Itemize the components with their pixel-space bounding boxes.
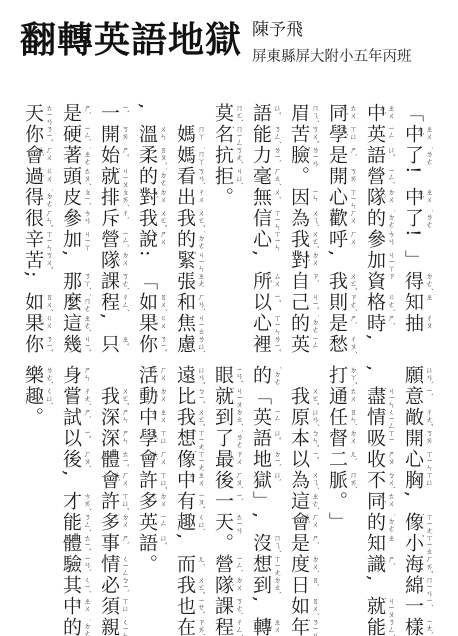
char-cell-with-zhuyin: 會ㄏㄨㄟˋ xyxy=(136,449,174,470)
char-cell-with-zhuyin: 督ㄉㄨ xyxy=(326,428,364,449)
zhuyin-annotation: ㄉㄨㄟˋ xyxy=(120,251,130,272)
char-cell-with-zhuyin: 心ㄒㄧㄣ xyxy=(250,229,288,250)
char-cell-with-zhuyin: 情ㄑㄧㄥˊ xyxy=(98,554,136,575)
char-cell-with-zhuyin: 硬ㄧㄥˋ xyxy=(60,124,98,145)
zhuyin-annotation: ㄉㄨㄛ xyxy=(158,492,168,513)
zhuyin-annotation: ㄔˋ xyxy=(120,209,130,230)
char-cell-with-zhuyin: 盡ㄐㄧㄣˋ xyxy=(364,386,402,407)
char-cell-with-zhuyin: 比ㄅㄧˇ xyxy=(174,386,212,407)
zhuyin-annotation: ㄏㄨㄛˊ xyxy=(158,366,168,387)
char-cell-with-zhuyin: 中ㄓㄨㄥˋ xyxy=(364,103,402,124)
zhuyin-annotation: ㄓˇ xyxy=(120,335,130,356)
char-cell-with-zhuyin: 時ㄕˊ xyxy=(364,313,402,334)
char-cell-with-zhuyin: 我ㄨㄛˇ xyxy=(136,208,174,229)
zhuyin-annotation: ㄐㄩˋ xyxy=(234,167,244,188)
char-cell: , xyxy=(364,575,402,596)
zhuyin-annotation: ˙ㄌㄜ xyxy=(424,209,434,230)
char-cell-with-zhuyin: 就ㄐㄧㄡˋ xyxy=(364,596,402,617)
zhuyin-annotation: ㄓㄨㄥˋ xyxy=(424,188,434,209)
zhuyin-annotation: ㄧㄢˋ xyxy=(82,555,92,576)
zhuyin-annotation: ㄧㄝˇ xyxy=(196,597,206,618)
char-cell xyxy=(174,103,212,124)
zhuyin-annotation: ㄑㄧㄥˊ xyxy=(386,408,396,429)
char-cell-with-zhuyin: 參ㄘㄢ xyxy=(364,229,402,250)
char-cell-with-zhuyin: 媽˙ㄇㄚ xyxy=(174,145,212,166)
char-cell-with-zhuyin: 加ㄐㄧㄚ xyxy=(60,229,98,250)
char-cell-with-zhuyin: 不ㄅㄨˋ xyxy=(364,470,402,491)
char-cell-with-zhuyin: 語ㄩˇ xyxy=(250,428,288,449)
zhuyin-annotation: ㄕㄣ xyxy=(120,429,130,450)
char-cell: , xyxy=(250,250,288,271)
char-cell-with-zhuyin: 的˙ㄉㄜ xyxy=(60,617,98,636)
char-cell xyxy=(288,365,326,386)
char-cell-with-zhuyin: 始ㄕˇ xyxy=(98,145,136,166)
zhuyin-annotation: ㄔㄡˊ xyxy=(348,335,358,356)
zhuyin-annotation: ㄉㄧˋ xyxy=(272,450,282,471)
char-cell-with-zhuyin: 通ㄊㄨㄥ xyxy=(326,386,364,407)
zhuyin-annotation: ㄓㄨㄥ xyxy=(196,471,206,492)
zhuyin-annotation: ㄋㄥˊ xyxy=(272,125,282,146)
zhuyin-annotation: ㄎㄞ xyxy=(348,167,358,188)
char-cell-with-zhuyin: 天ㄊㄧㄢ xyxy=(22,103,60,124)
zhuyin-annotation: ㄔㄨ xyxy=(196,188,206,209)
zhuyin-annotation: ㄍㄨㄛˇ xyxy=(158,314,168,335)
char-cell: 。 xyxy=(212,187,250,208)
zhuyin-annotation: ㄇㄟˊ xyxy=(310,104,320,125)
zhuyin-annotation: ˙ㄉㄜ xyxy=(158,167,168,188)
text-column: 樂ㄌㄜˋ趣ㄑㄩˋ。 xyxy=(22,365,60,636)
text-column: 語ㄩˇ能ㄋㄥˊ力ㄌㄧˋ毫ㄏㄠˊ無ㄨˊ信ㄒㄧㄣˋ心ㄒㄧㄣ,所ㄙㄨㄛˇ以ㄧˇ心ㄒㄧㄣ… xyxy=(250,103,288,356)
zhuyin-annotation: ㄩㄢˋ xyxy=(424,366,434,387)
zhuyin-annotation: ㄎㄞ xyxy=(120,125,130,146)
char-cell-with-zhuyin: 果ㄍㄨㄛˇ xyxy=(136,313,174,334)
zhuyin-annotation: ㄓㄨㄥ xyxy=(158,408,168,429)
char-cell-with-zhuyin: 營ㄧㄥˊ xyxy=(98,229,136,250)
char-cell-with-zhuyin: 學ㄒㄩㄝˊ xyxy=(136,428,174,449)
char-cell-with-zhuyin: 樣ㄧㄤˋ xyxy=(402,617,440,636)
char-cell-with-zhuyin: 事ㄕˋ xyxy=(98,533,136,554)
zhuyin-annotation: ㄊㄧˇ xyxy=(82,534,92,555)
zhuyin-annotation: ㄩˇ xyxy=(386,146,396,167)
zhuyin-annotation: ㄇㄧㄢˊ xyxy=(424,576,434,597)
zhuyin-annotation: ㄍㄨㄛˇ xyxy=(44,314,54,335)
char-cell-with-zhuyin: 體ㄊㄧˇ xyxy=(98,449,136,470)
zhuyin-annotation: ㄕˇ xyxy=(120,146,130,167)
char-cell-with-zhuyin: 隊ㄉㄨㄟˋ xyxy=(212,575,250,596)
char-cell-with-zhuyin: 英ㄧㄥ xyxy=(250,407,288,428)
zhuyin-annotation: ㄋㄧˇ xyxy=(44,125,54,146)
zhuyin-annotation: ㄋㄚˋ xyxy=(82,272,92,293)
char-cell-with-zhuyin: 中ㄓㄨㄥ xyxy=(136,407,174,428)
char-cell: 「 xyxy=(136,271,174,292)
char-cell-with-zhuyin: 媽ㄇㄚ xyxy=(174,124,212,145)
char-cell-with-zhuyin: 這ㄓㄜˋ xyxy=(288,491,326,512)
char-cell-with-zhuyin: 許ㄒㄩˇ xyxy=(136,470,174,491)
zhuyin-annotation: ㄒㄩㄝˊ xyxy=(158,429,168,450)
char-cell-with-zhuyin: 說ㄕㄨㄛ xyxy=(136,229,174,250)
char-cell-with-zhuyin: 和ㄏㄢˋ xyxy=(174,292,212,313)
zhuyin-annotation: ㄘㄞˊ xyxy=(82,492,92,513)
char-cell-with-zhuyin: 對ㄉㄨㄟˋ xyxy=(288,250,326,271)
zhuyin-annotation: ㄔㄥˊ xyxy=(120,293,130,314)
char-cell-with-zhuyin: 因ㄧㄣ xyxy=(288,187,326,208)
zhuyin-annotation: ㄨㄛˇ xyxy=(196,408,206,429)
zhuyin-annotation: ㄓ xyxy=(424,293,434,314)
char-cell: ! xyxy=(402,166,440,187)
zhuyin-annotation: ㄋㄥˊ xyxy=(82,513,92,534)
char-cell-with-zhuyin: 一ㄧˋ xyxy=(98,103,136,124)
char-cell-with-zhuyin: 你ㄋㄧˇ xyxy=(136,334,174,355)
char-cell-with-zhuyin: 收ㄕㄡ xyxy=(364,449,402,470)
char-cell-with-zhuyin: 會ㄏㄨㄟˋ xyxy=(288,512,326,533)
zhuyin-annotation: ㄏㄡˋ xyxy=(82,450,92,471)
char-cell-with-zhuyin: 任ㄖㄣˋ xyxy=(326,407,364,428)
char-cell-with-zhuyin: 嘗ㄔㄤˊ xyxy=(60,386,98,407)
zhuyin-annotation: ˙ㄌㄜ xyxy=(234,429,244,450)
char-cell-with-zhuyin: 知ㄓ xyxy=(402,292,440,313)
zhuyin-annotation: ㄖㄣˋ xyxy=(348,408,358,429)
zhuyin-annotation: ㄒㄧㄣ xyxy=(272,230,282,251)
author-name: 陳予飛 xyxy=(252,20,412,40)
char-cell-with-zhuyin: 多ㄉㄨㄛ xyxy=(136,491,174,512)
zhuyin-annotation: ㄏㄨㄟˋ xyxy=(310,513,320,534)
zhuyin-annotation: ㄌㄜˋ xyxy=(44,366,54,387)
zhuyin-annotation: ˙ㄉㄜ xyxy=(310,314,320,335)
char-cell-with-zhuyin: 的˙ㄉㄜ xyxy=(288,313,326,334)
char-cell-with-zhuyin: 開ㄎㄞ xyxy=(402,428,440,449)
char-cell-with-zhuyin: 是ㄕˋ xyxy=(288,533,326,554)
char-cell-with-zhuyin: 的˙ㄉㄜ xyxy=(364,512,402,533)
zhuyin-annotation: ㄨㄣ xyxy=(158,125,168,146)
zhuyin-annotation: ㄦˊ xyxy=(196,555,206,576)
char-cell-with-zhuyin: 到ㄉㄠˋ xyxy=(212,407,250,428)
char-cell-with-zhuyin: 獄ㄩˋ xyxy=(250,470,288,491)
char-cell-with-zhuyin: 的˙ㄉㄜ xyxy=(364,208,402,229)
zhuyin-annotation: ㄇㄚ xyxy=(196,125,206,146)
char-cell-with-zhuyin: 趣ㄑㄩˋ xyxy=(174,512,212,533)
char-cell-with-zhuyin: 如ㄖㄨˊ xyxy=(288,596,326,617)
char-cell-with-zhuyin: 心ㄒㄧㄣ xyxy=(402,449,440,470)
zhuyin-annotation: ㄇㄟˊ xyxy=(272,534,282,555)
zhuyin-annotation: ㄎㄨˇ xyxy=(310,125,320,146)
char-cell-with-zhuyin: 了˙ㄌㄜ xyxy=(402,145,440,166)
zhuyin-annotation: ㄧㄥˊ xyxy=(386,167,396,188)
char-cell-with-zhuyin: 中ㄓㄨㄥˋ xyxy=(402,124,440,145)
zhuyin-annotation: ㄎㄜˋ xyxy=(234,597,244,618)
char-cell-with-zhuyin: 地ㄉㄧˋ xyxy=(250,449,288,470)
zhuyin-annotation: ㄧㄥˊ xyxy=(120,230,130,251)
char-cell: 。 xyxy=(22,407,60,428)
zhuyin-annotation: ㄐㄧˇ xyxy=(310,293,320,314)
char-cell-with-zhuyin: 毫ㄏㄠˊ xyxy=(250,166,288,187)
char-cell-with-zhuyin: 知ㄓ xyxy=(364,533,402,554)
char-cell-with-zhuyin: 幾ㄐㄧˇ xyxy=(60,334,98,355)
char-cell-with-zhuyin: 緊ㄐㄧㄣˇ xyxy=(174,250,212,271)
char-cell-with-zhuyin: 深ㄕㄣ xyxy=(98,407,136,428)
char-cell-with-zhuyin: 隊ㄉㄨㄟˋ xyxy=(98,250,136,271)
zhuyin-annotation: ㄗ xyxy=(386,272,396,293)
char-cell-with-zhuyin: 到ㄉㄠˋ xyxy=(250,575,288,596)
char-cell-with-zhuyin: 就ㄐㄧㄡˋ xyxy=(98,166,136,187)
zhuyin-annotation: ㄊㄧㄢ xyxy=(44,104,54,125)
zhuyin-annotation: ㄋㄧˇ xyxy=(44,335,54,356)
char-cell-with-zhuyin: 歡ㄏㄨㄢ xyxy=(326,208,364,229)
char-cell: ! xyxy=(402,229,440,250)
char-cell-with-zhuyin: 會ㄏㄨㄟˋ xyxy=(22,145,60,166)
zhuyin-annotation: ㄒㄩㄝˊ xyxy=(348,125,358,146)
zhuyin-annotation: ㄗㄨㄟˋ xyxy=(234,450,244,471)
zhuyin-annotation: ˙ㄉㄜ xyxy=(196,230,206,251)
zhuyin-annotation: ㄗㄜˊ xyxy=(348,293,358,314)
zhuyin-annotation: ㄋㄧˇ xyxy=(158,335,168,356)
char-cell-with-zhuyin: 排ㄆㄞˊ xyxy=(98,187,136,208)
zhuyin-annotation: ㄧˇ xyxy=(310,450,320,471)
school-class: 屏東縣屏大附小五年丙班 xyxy=(252,49,412,66)
char-cell-with-zhuyin: 深ㄕㄣ xyxy=(98,428,136,449)
zhuyin-annotation: ㄌㄧㄢˇ xyxy=(310,146,320,167)
char-cell-with-zhuyin: 營ㄧㄥˊ xyxy=(212,554,250,575)
zhuyin-annotation: ㄗˋ xyxy=(310,272,320,293)
zhuyin-annotation: ㄐㄧˇ xyxy=(82,335,92,356)
zhuyin-annotation: ㄏㄨㄟˋ xyxy=(158,450,168,471)
zhuyin-annotation: ㄧㄥ xyxy=(272,408,282,429)
zhuyin-annotation: ㄖㄨˊ xyxy=(158,293,168,314)
zhuyin-annotation: ㄕˋ xyxy=(82,408,92,429)
char-cell-with-zhuyin: 的˙ㄉㄜ xyxy=(174,229,212,250)
zhuyin-annotation: ㄕㄣ xyxy=(120,408,130,429)
char-cell-with-zhuyin: 趣ㄑㄩˋ xyxy=(22,386,60,407)
char-cell: , xyxy=(364,365,402,386)
char-cell: , xyxy=(364,334,402,355)
char-cell: 」 xyxy=(326,512,364,533)
zhuyin-annotation: ㄒㄧㄣ xyxy=(272,314,282,335)
zhuyin-annotation: ㄑㄧˊ xyxy=(82,576,92,597)
char-cell-with-zhuyin: 脈ㄇㄞˋ xyxy=(326,470,364,491)
char-cell: 「 xyxy=(402,103,440,124)
zhuyin-annotation: ㄉㄨㄟˋ xyxy=(310,251,320,272)
char-cell-with-zhuyin: 以ㄧˇ xyxy=(288,449,326,470)
char-cell: , xyxy=(250,596,288,617)
zhuyin-annotation: ㄖㄡˊ xyxy=(158,146,168,167)
zhuyin-annotation: ㄕㄣ xyxy=(82,366,92,387)
char-cell: 「 xyxy=(250,386,288,407)
char-cell-with-zhuyin: 得˙ㄉㄜ xyxy=(22,187,60,208)
char-cell-with-zhuyin: 你ㄋㄧˇ xyxy=(22,334,60,355)
zhuyin-annotation: ㄍㄨㄛˋ xyxy=(44,167,54,188)
char-cell-with-zhuyin: 中ㄓㄨㄥˋ xyxy=(402,187,440,208)
char-cell-with-zhuyin: 像ㄒㄧㄤˋ xyxy=(402,512,440,533)
zhuyin-annotation: ㄕˋ xyxy=(310,534,320,555)
page-title: 翻轉英語地獄 xyxy=(20,22,242,60)
zhuyin-annotation: ㄧㄡˇ xyxy=(196,492,206,513)
text-column: ,盡ㄐㄧㄣˋ情ㄑㄧㄥˊ吸ㄒㄧ收ㄕㄡ不ㄅㄨˋ同ㄊㄨㄥˊ的˙ㄉㄜ知ㄓ識ㄕˋ,就ㄐㄧㄡ… xyxy=(364,365,402,636)
char-cell-with-zhuyin: 想ㄒㄧㄤˇ xyxy=(250,554,288,575)
zhuyin-annotation: ㄊㄨㄥˊ xyxy=(348,104,358,125)
zhuyin-annotation: ㄏㄞˇ xyxy=(424,555,434,576)
char-cell-with-zhuyin: 吸ㄒㄧ xyxy=(364,428,402,449)
char-cell: , xyxy=(136,103,174,124)
zhuyin-annotation: ㄒㄧㄤˇ xyxy=(196,429,206,450)
char-cell: , xyxy=(98,313,136,334)
zhuyin-annotation: ㄑㄩˋ xyxy=(196,513,206,534)
char-cell-with-zhuyin: 抗ㄎㄤˋ xyxy=(212,145,250,166)
zhuyin-annotation: ㄒㄧㄤˋ xyxy=(196,450,206,471)
zhuyin-annotation: ㄊㄡˊ xyxy=(82,167,92,188)
char-cell-with-zhuyin: 識ㄕˋ xyxy=(364,554,402,575)
char-cell-with-zhuyin: 動ㄉㄨㄥˋ xyxy=(136,386,174,407)
zhuyin-annotation: ㄏㄣˇ xyxy=(44,209,54,230)
zhuyin-annotation: ㄋㄧㄢˊ xyxy=(310,618,320,636)
char-cell-with-zhuyin: 許ㄒㄩˇ xyxy=(98,491,136,512)
zhuyin-annotation: ㄧㄥˋ xyxy=(82,125,92,146)
zhuyin-annotation: ㄓㄨㄥˋ xyxy=(386,104,396,125)
char-cell-with-zhuyin: 柔ㄖㄡˊ xyxy=(136,145,174,166)
text-column: 中ㄓㄨㄥˋ英ㄧㄥ語ㄩˇ營ㄧㄥˊ隊ㄉㄨㄟˋ的˙ㄉㄜ參ㄘㄢ加ㄐㄧㄚ資ㄗ格ㄍㄜˊ時ㄕˊ… xyxy=(364,103,402,356)
char-cell: , xyxy=(60,470,98,491)
text-column: 天ㄊㄧㄢ你ㄋㄧˇ會ㄏㄨㄟˋ過ㄍㄨㄛˋ得˙ㄉㄜ很ㄏㄣˇ辛ㄒㄧㄣ苦ㄎㄨˇ;如ㄖㄨˊ果… xyxy=(22,103,60,356)
zhuyin-annotation: ㄏㄠˊ xyxy=(272,167,282,188)
zhuyin-annotation: ㄑㄧㄥˊ xyxy=(120,555,130,576)
zhuyin-annotation: ˙ㄉㄜ xyxy=(44,188,54,209)
char-cell: ; xyxy=(22,271,60,292)
char-cell-with-zhuyin: 了˙ㄌㄜ xyxy=(212,428,250,449)
zhuyin-annotation: ㄐㄧㄚ xyxy=(386,251,396,272)
zhuyin-annotation: ㄐㄧㄡˋ xyxy=(386,597,396,618)
char-cell-with-zhuyin: 眼ㄧㄢˇ xyxy=(212,365,250,386)
char-cell-with-zhuyin: 想ㄒㄧㄤˇ xyxy=(174,428,212,449)
char-cell-with-zhuyin: 信ㄒㄧㄣˋ xyxy=(250,208,288,229)
char-cell-with-zhuyin: 原ㄩㄢˊ xyxy=(288,407,326,428)
zhuyin-annotation: ㄕㄡ xyxy=(386,450,396,471)
zhuyin-annotation: ㄕˊ xyxy=(386,314,396,335)
char-cell: 。 xyxy=(288,166,326,187)
char-cell-with-zhuyin: 你ㄋㄧˇ xyxy=(22,124,60,145)
char-cell: : xyxy=(136,250,174,271)
text-column: 莫ㄇㄛˋ名ㄇㄧㄥˊ抗ㄎㄤˋ拒ㄐㄩˋ。 xyxy=(212,103,250,356)
zhuyin-annotation: ㄍㄜˊ xyxy=(386,293,396,314)
char-cell-with-zhuyin: 出ㄔㄨ xyxy=(174,187,212,208)
char-cell-with-zhuyin: 是ㄕˋ xyxy=(60,103,98,124)
zhuyin-annotation: ㄕˋ xyxy=(348,314,358,335)
char-cell-with-zhuyin: 活ㄏㄨㄛˊ xyxy=(136,365,174,386)
zhuyin-annotation: ㄨㄛˇ xyxy=(196,576,206,597)
zhuyin-annotation: ㄅㄧˇ xyxy=(196,387,206,408)
char-cell-with-zhuyin: 後ㄏㄡˋ xyxy=(212,470,250,491)
zhuyin-annotation: ㄨㄛˇ xyxy=(310,387,320,408)
zhuyin-annotation: ㄎㄞ xyxy=(424,429,434,450)
text-column: 同ㄊㄨㄥˊ學ㄒㄩㄝˊ是ㄕˋ開ㄎㄞ心ㄒㄧㄣ歡ㄏㄨㄢ呼ㄏㄨ,我ㄨㄛˇ則ㄗㄜˊ是ㄕˋ愁… xyxy=(326,103,364,356)
char-cell-with-zhuyin: 斥ㄔˋ xyxy=(98,208,136,229)
zhuyin-annotation: ㄧㄣ xyxy=(310,188,320,209)
zhuyin-annotation: ㄗㄞˋ xyxy=(196,618,206,636)
char-cell-with-zhuyin: 驗ㄧㄢˋ xyxy=(60,554,98,575)
zhuyin-annotation: ㄐㄧㄡˋ xyxy=(120,167,130,188)
zhuyin-annotation: ㄕㄨㄛ xyxy=(158,230,168,251)
zhuyin-annotation: ˙ㄉㄜ xyxy=(82,618,92,636)
char-cell-with-zhuyin: 會ㄏㄨㄟˋ xyxy=(98,470,136,491)
char-cell-with-zhuyin: 則ㄗㄜˊ xyxy=(326,292,364,313)
zhuyin-annotation: ˙ㄌㄜ xyxy=(424,146,434,167)
zhuyin-annotation: ˙ㄉㄜ xyxy=(386,209,396,230)
zhuyin-annotation: ㄏㄨㄢ xyxy=(348,209,358,230)
zhuyin-annotation: ㄓ xyxy=(386,534,396,555)
zhuyin-annotation: ㄧˇ xyxy=(272,293,282,314)
char-cell-with-zhuyin: 能ㄋㄥˊ xyxy=(364,617,402,636)
zhuyin-annotation: ㄨㄟˋ xyxy=(310,209,320,230)
zhuyin-annotation: ˙ㄇㄜ xyxy=(82,293,92,314)
zhuyin-annotation: ㄇㄞˋ xyxy=(348,471,358,492)
char-cell-with-zhuyin: 在ㄗㄞˋ xyxy=(174,617,212,636)
zhuyin-annotation: ㄨㄛˇ xyxy=(310,230,320,251)
zhuyin-annotation: ㄖˋ xyxy=(310,576,320,597)
text-column: 願ㄩㄢˋ意ㄧˋ敞ㄔㄤˇ開ㄎㄞ心ㄒㄧㄣ胸ㄒㄩㄥ,像ㄒㄧㄤˋ小ㄒㄧㄠˇ海ㄏㄞˇ綿ㄇㄧ… xyxy=(402,365,440,636)
zhuyin-annotation: ㄖㄨˊ xyxy=(44,293,54,314)
char-cell-with-zhuyin: 課ㄎㄜˋ xyxy=(98,271,136,292)
zhuyin-annotation: ㄓㄨㄥ xyxy=(82,597,92,618)
char-cell-with-zhuyin: 語ㄩˇ xyxy=(136,533,174,554)
char-cell-with-zhuyin: 心ㄒㄧㄣ xyxy=(326,187,364,208)
zhuyin-annotation: ㄔㄤˇ xyxy=(424,408,434,429)
zhuyin-annotation: ㄓㄨㄥˋ xyxy=(424,125,434,146)
zhuyin-annotation: ㄏㄢˋ xyxy=(196,293,206,314)
zhuyin-annotation: ㄩˋ xyxy=(272,471,282,492)
char-cell-with-zhuyin: 海ㄏㄞˇ xyxy=(402,554,440,575)
zhuyin-annotation: ㄦˋ xyxy=(348,450,358,471)
zhuyin-annotation: ㄕˋ xyxy=(348,146,358,167)
zhuyin-annotation: ㄏㄨ xyxy=(348,230,358,251)
char-cell-with-zhuyin: 溫ㄨㄣ xyxy=(136,124,174,145)
char-cell-with-zhuyin: 體ㄊㄧˇ xyxy=(60,533,98,554)
char-cell-with-zhuyin: 我ㄨㄛˇ xyxy=(98,386,136,407)
char-cell-with-zhuyin: 得ㄉㄜˊ xyxy=(402,271,440,292)
zhuyin-annotation: ㄌㄧˇ xyxy=(272,335,282,356)
zhuyin-annotation: ㄧㄥˊ xyxy=(234,555,244,576)
char-cell-with-zhuyin: 辛ㄒㄧㄣ xyxy=(22,229,60,250)
zhuyin-annotation: ㄊㄧㄢ xyxy=(234,513,244,534)
char-cell-with-zhuyin: 中ㄓㄨㄥ xyxy=(60,596,98,617)
zhuyin-annotation: ㄇㄧㄥˊ xyxy=(234,125,244,146)
char-cell-with-zhuyin: 參ㄘㄢ xyxy=(60,208,98,229)
zhuyin-annotation: ㄒㄧㄣ xyxy=(44,230,54,251)
char-cell-with-zhuyin: 自ㄗˋ xyxy=(288,271,326,292)
zhuyin-annotation: ㄅㄨˋ xyxy=(386,471,396,492)
text-column: 眼ㄧㄢˇ就ㄐㄧㄡˋ到ㄉㄠˋ了˙ㄌㄜ最ㄗㄨㄟˋ後ㄏㄡˋ一ㄧˋ天ㄊㄧㄢ。營ㄧㄥˊ隊ㄉ… xyxy=(212,365,250,636)
char-cell: , xyxy=(402,491,440,512)
char-cell-with-zhuyin: 轉ㄓㄨㄢˇ xyxy=(250,617,288,636)
char-cell-with-zhuyin: 度ㄉㄨˋ xyxy=(288,554,326,575)
char-cell-with-zhuyin: 像ㄒㄧㄤˋ xyxy=(174,449,212,470)
text-column: 一ㄧˋ開ㄎㄞ始ㄕˇ就ㄐㄧㄡˋ排ㄆㄞˊ斥ㄔˋ營ㄧㄥˊ隊ㄉㄨㄟˋ課ㄎㄜˋ程ㄔㄥˊ,只… xyxy=(98,103,136,356)
char-cell-with-zhuyin: 意ㄧˋ xyxy=(402,386,440,407)
char-cell-with-zhuyin: 我ㄨㄛˇ xyxy=(174,575,212,596)
zhuyin-annotation: ㄏㄨㄟˋ xyxy=(44,146,54,167)
char-cell-with-zhuyin: 為ㄨㄟˊ xyxy=(288,470,326,491)
char-cell-with-zhuyin: 小ㄒㄧㄠˇ xyxy=(402,533,440,554)
char-cell-with-zhuyin: 為ㄨㄟˋ xyxy=(288,208,326,229)
char-cell-with-zhuyin: 裡ㄌㄧˇ xyxy=(250,334,288,355)
char-cell-with-zhuyin: 臉ㄌㄧㄢˇ xyxy=(288,145,326,166)
zhuyin-annotation: ㄓㄜˋ xyxy=(310,492,320,513)
char-cell: , xyxy=(60,250,98,271)
char-cell-with-zhuyin: 營ㄧㄥˊ xyxy=(364,166,402,187)
zhuyin-annotation: ㄒㄩˇ xyxy=(158,471,168,492)
zhuyin-annotation: ˙ㄇㄚ xyxy=(196,146,206,167)
zhuyin-annotation: ㄏㄡˋ xyxy=(234,471,244,492)
char-cell-with-zhuyin: 必ㄅㄧˋ xyxy=(98,575,136,596)
zhuyin-annotation: ㄉㄨㄟˋ xyxy=(386,188,396,209)
char-cell: , xyxy=(174,533,212,554)
zhuyin-annotation: ㄨㄛˇ xyxy=(120,387,130,408)
